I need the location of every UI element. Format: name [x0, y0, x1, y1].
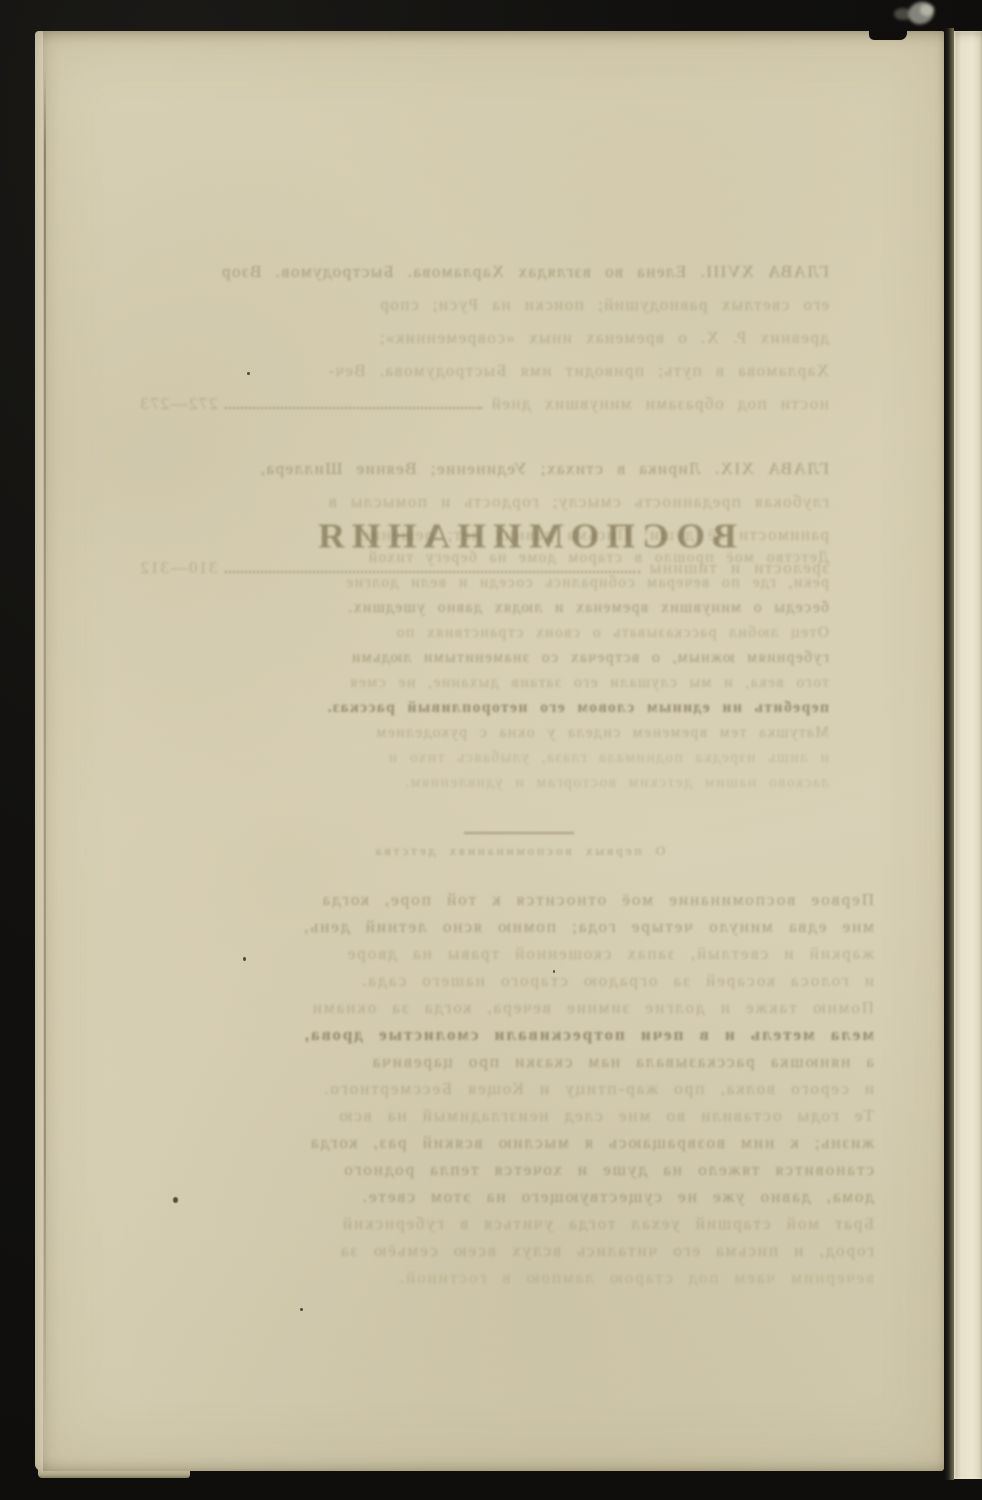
ink-speck — [173, 1197, 178, 1203]
text-line: Детство моё прошло в старом доме на бере… — [229, 545, 829, 570]
text-line: мне едва минуло четыре года; помню ясно … — [134, 913, 874, 940]
toc-line: древних Р. Х. о временах иных «современн… — [139, 321, 829, 354]
text-line: Те годы оставили во мне след неизгладимы… — [134, 1102, 874, 1129]
text-line: жаркий и светлый, запах скошенной травы … — [134, 940, 874, 967]
text-line: и серого волка, про жар-птицу и Кощея Бе… — [134, 1075, 874, 1102]
page-crease-line — [44, 67, 46, 1425]
text-line: губерниям южным, о встречах со знамениты… — [229, 645, 829, 670]
book-scan-photo: ГЛАВА XVIII. Елена во взглядах Харламова… — [0, 0, 982, 1500]
toc-tail-text: зрелости и тишины — [648, 551, 829, 584]
text-line: мела метель и в печи потрескивали смолис… — [134, 1021, 874, 1048]
next-page-edge — [953, 31, 982, 1479]
toc-line: ГЛАВА XIX. Лирика в стихах; Уединение; В… — [139, 452, 829, 485]
ink-speck — [247, 372, 250, 375]
text-line: город, и письма его читались вслух всею … — [134, 1237, 874, 1264]
text-line: перебить ни единым словом его нетороплив… — [229, 695, 829, 720]
text-line: дома, давно уже не существующего на этом… — [134, 1183, 874, 1210]
dot-leaders — [226, 571, 641, 573]
ink-speck — [553, 970, 555, 973]
text-line: Матушка тем временем сидела у окна с рук… — [229, 720, 829, 745]
toc-leader-line: ности под образами минувших дней 272—273 — [139, 387, 829, 420]
text-line: Помню также и долгие зимние вечера, когд… — [134, 994, 874, 1021]
text-line: ласково нашим детским восторгам и удивле… — [229, 770, 829, 795]
text-line: и лишь изредка поднимала глаза, улыбаясь… — [229, 745, 829, 770]
separator-rule — [464, 832, 574, 834]
toc-line: ГЛАВА XVIII. Елена во взглядах Харламова… — [139, 255, 829, 288]
finger-smudge — [908, 2, 952, 28]
toc-entry-gap — [139, 420, 829, 452]
toc-line: ранимости её души; Письма давних лет; ре… — [139, 518, 829, 551]
text-line: и голоса косарей за оградою старого наше… — [134, 967, 874, 994]
bleedthrough-toc: ГЛАВА XVIII. Елена во взглядах Харламова… — [139, 255, 829, 584]
shadow-notch — [869, 31, 907, 40]
text-line: Первое воспоминание моё относится к той … — [134, 886, 874, 913]
text-line: Отец любил рассказывать о своих странств… — [229, 620, 829, 645]
ink-speck — [300, 1308, 303, 1311]
text-line: того века, и мы слушали его затаив дыхан… — [229, 670, 829, 695]
text-line: становится тяжело на душе и хочется тепл… — [134, 1156, 874, 1183]
bleedthrough-paragraph-2: Первое воспоминание моё относится к той … — [134, 886, 874, 1291]
toc-tail-text: ности под образами минувших дней — [490, 387, 829, 420]
toc-page-range: 310—312 — [139, 551, 218, 584]
page-gutter-shadow — [944, 28, 954, 1480]
ink-speck — [243, 957, 246, 961]
text-line: беседы о минувших временах и людях давно… — [229, 595, 829, 620]
bleedthrough-half-title: ВОСПОМИНАНИЯ — [284, 516, 764, 557]
toc-line: глубокая преданность смыслу; гордость и … — [139, 485, 829, 518]
text-line: вечерним чаем под старою лампою в гостин… — [134, 1264, 874, 1291]
bleedthrough-subheading: О первых воспоминаниях детства — [269, 843, 769, 859]
toc-leader-line: зрелости и тишины 310—312 — [139, 551, 829, 584]
bleedthrough-paragraph-1: Детство моё прошло в старом доме на бере… — [229, 545, 829, 795]
toc-line: Харламова в путь; приводит имя Быстродум… — [139, 354, 829, 387]
text-line: жизнь; к ним возвращаюсь я мыслию всякий… — [134, 1129, 874, 1156]
toc-page-range: 272—273 — [139, 387, 218, 420]
dot-leaders — [226, 407, 483, 409]
page-left-edge-highlight — [35, 31, 43, 1471]
text-line: а нянюшка рассказывала нам сказки про ца… — [134, 1048, 874, 1075]
text-line: Брат мой старший уехал тогда учиться в г… — [134, 1210, 874, 1237]
bleedthrough-text-layer: ГЛАВА XVIII. Елена во взглядах Харламова… — [35, 31, 944, 1471]
book-page: ГЛАВА XVIII. Елена во взглядах Харламова… — [35, 31, 944, 1471]
toc-line: его светлых равнодуший; поиски на Руси; … — [139, 288, 829, 321]
smudge-highlight — [920, 4, 934, 16]
text-line: реки, где по вечерам собирались соседи и… — [229, 570, 829, 595]
